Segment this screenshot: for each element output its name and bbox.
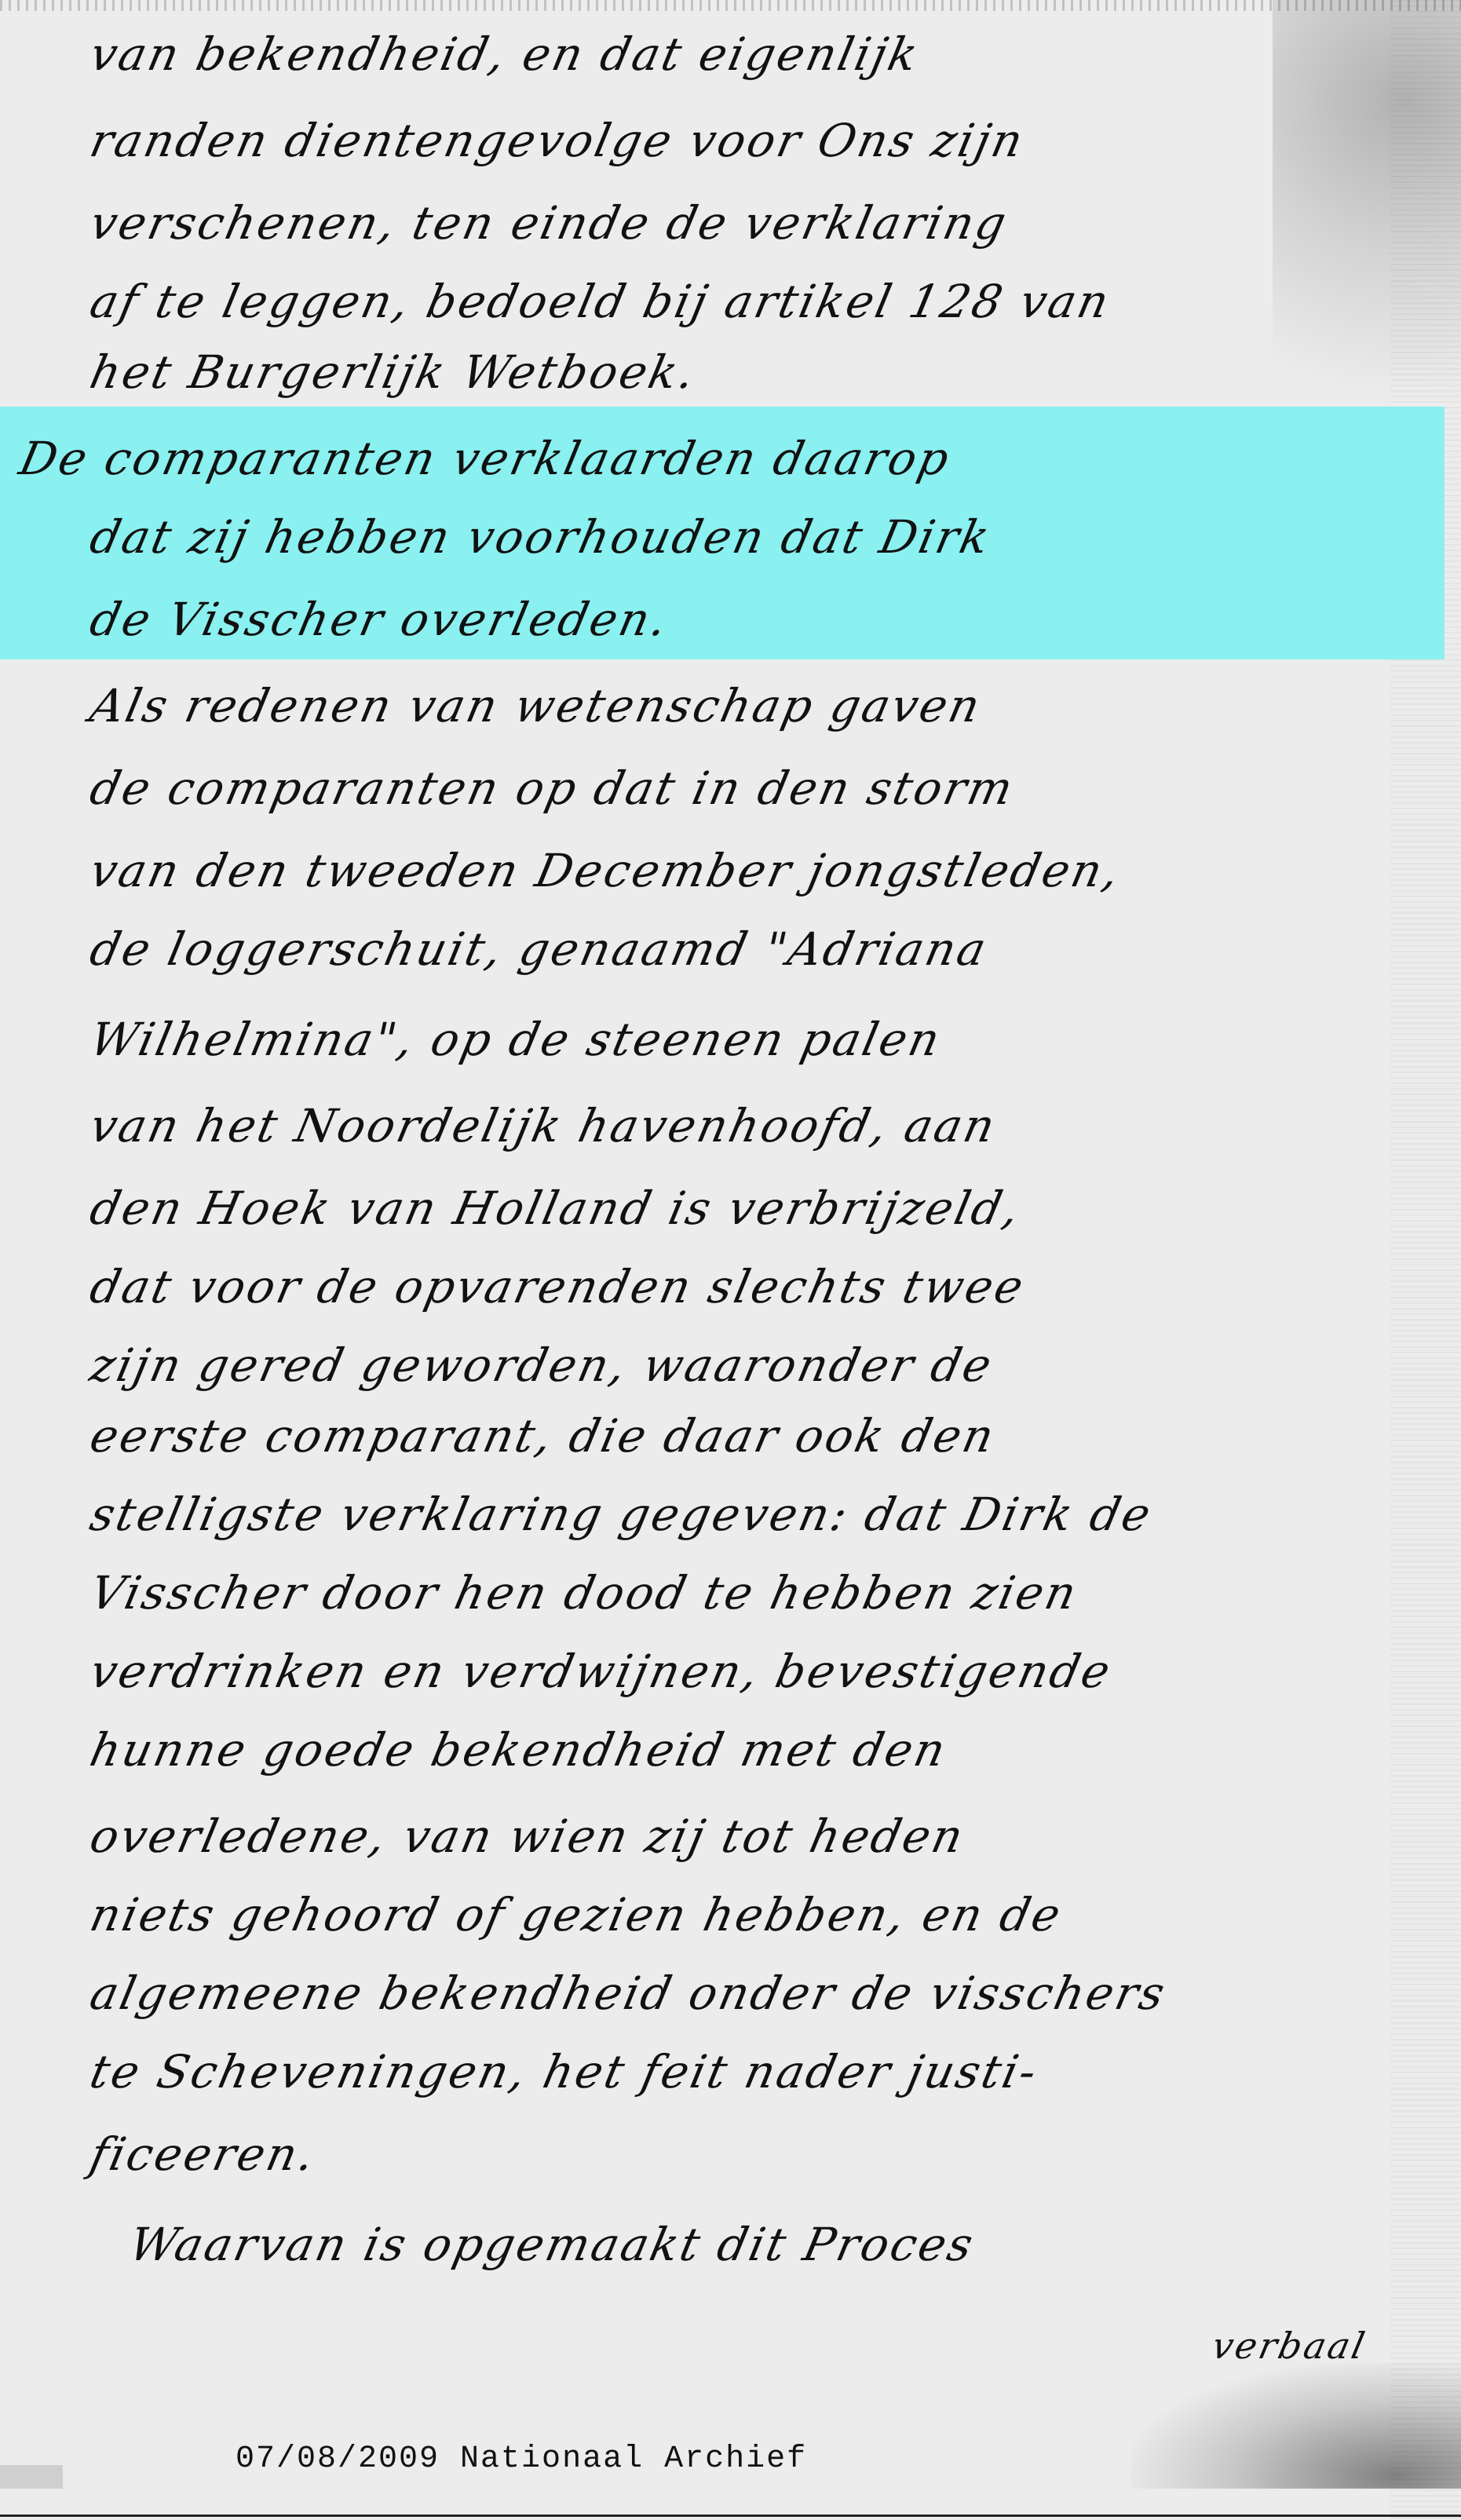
handwritten-line: algemeene bekendheid onder de visschers: [86, 1970, 1399, 2016]
handwritten-line: van den tweeden December jongstleden,: [86, 848, 1399, 893]
handwritten-line: af te leggen, bedoeld bij artikel 128 va…: [86, 279, 1399, 324]
scan-noise-bottom-right: [1131, 2363, 1461, 2489]
handwritten-line: verschenen, ten einde de verklaring: [86, 200, 1399, 246]
scan-noise-right-edge: [1390, 0, 1461, 2520]
handwritten-line: van het Noordelijk havenhoofd, aan: [86, 1103, 1399, 1149]
scan-noise-top: [0, 0, 1461, 11]
handwritten-line: dat voor de opvarenden slechts twee: [86, 1264, 1399, 1309]
handwritten-catchword: verbaal: [1209, 2328, 1461, 2364]
handwritten-line: overledene, van wien zij tot heden: [86, 1813, 1399, 1859]
handwritten-line: hunne goede bekendheid met den: [86, 1727, 1399, 1773]
handwritten-line: de comparanten op dat in den storm: [86, 765, 1399, 811]
handwritten-line: niets gehoord of gezien hebben, en de: [86, 1892, 1399, 1937]
handwritten-line: van bekendheid, en dat eigenlijk: [86, 31, 1399, 77]
handwritten-line: ficeeren.: [86, 2131, 1399, 2177]
handwritten-line: stelligste verklaring gegeven: dat Dirk …: [86, 1492, 1399, 1537]
handwritten-line: randen dientengevolge voor Ons zijn: [86, 118, 1399, 163]
highlighted-handwritten-line: De comparanten verklaarden daarop: [16, 436, 1328, 481]
handwritten-line: Wilhelmina", op de steenen palen: [86, 1017, 1399, 1062]
handwritten-line: te Scheveningen, het feit nader justi-: [86, 2049, 1399, 2095]
page-bottom-border: [0, 2515, 1461, 2517]
highlighted-handwritten-line: de Visscher overleden.: [86, 597, 1399, 642]
handwritten-line: het Burgerlijk Wetboek.: [86, 349, 1399, 395]
handwritten-line: zijn gered geworden, waaronder de: [86, 1342, 1399, 1388]
handwritten-line: Waarvan is opgemaakt dit Proces: [126, 2222, 1438, 2267]
handwritten-line: de loggerschuit, genaamd "Adriana: [86, 926, 1399, 972]
scan-noise-bottom-left: [0, 2465, 63, 2489]
archive-footer-stamp: 07/08/2009 Nationaal Archief: [236, 2441, 807, 2477]
handwritten-line: eerste comparant, die daar ook den: [86, 1413, 1399, 1459]
highlighted-handwritten-line: dat zij hebben voorhouden dat Dirk: [86, 514, 1399, 560]
scanned-document-page: van bekendheid, en dat eigenlijk randen …: [0, 0, 1461, 2520]
handwritten-line: verdrinken en verdwijnen, bevestigende: [86, 1649, 1399, 1694]
handwritten-line: Als redenen van wetenschap gaven: [86, 683, 1399, 729]
handwritten-line: Visscher door hen dood te hebben zien: [86, 1570, 1399, 1616]
handwritten-line: den Hoek van Holland is verbrijzeld,: [86, 1185, 1399, 1231]
